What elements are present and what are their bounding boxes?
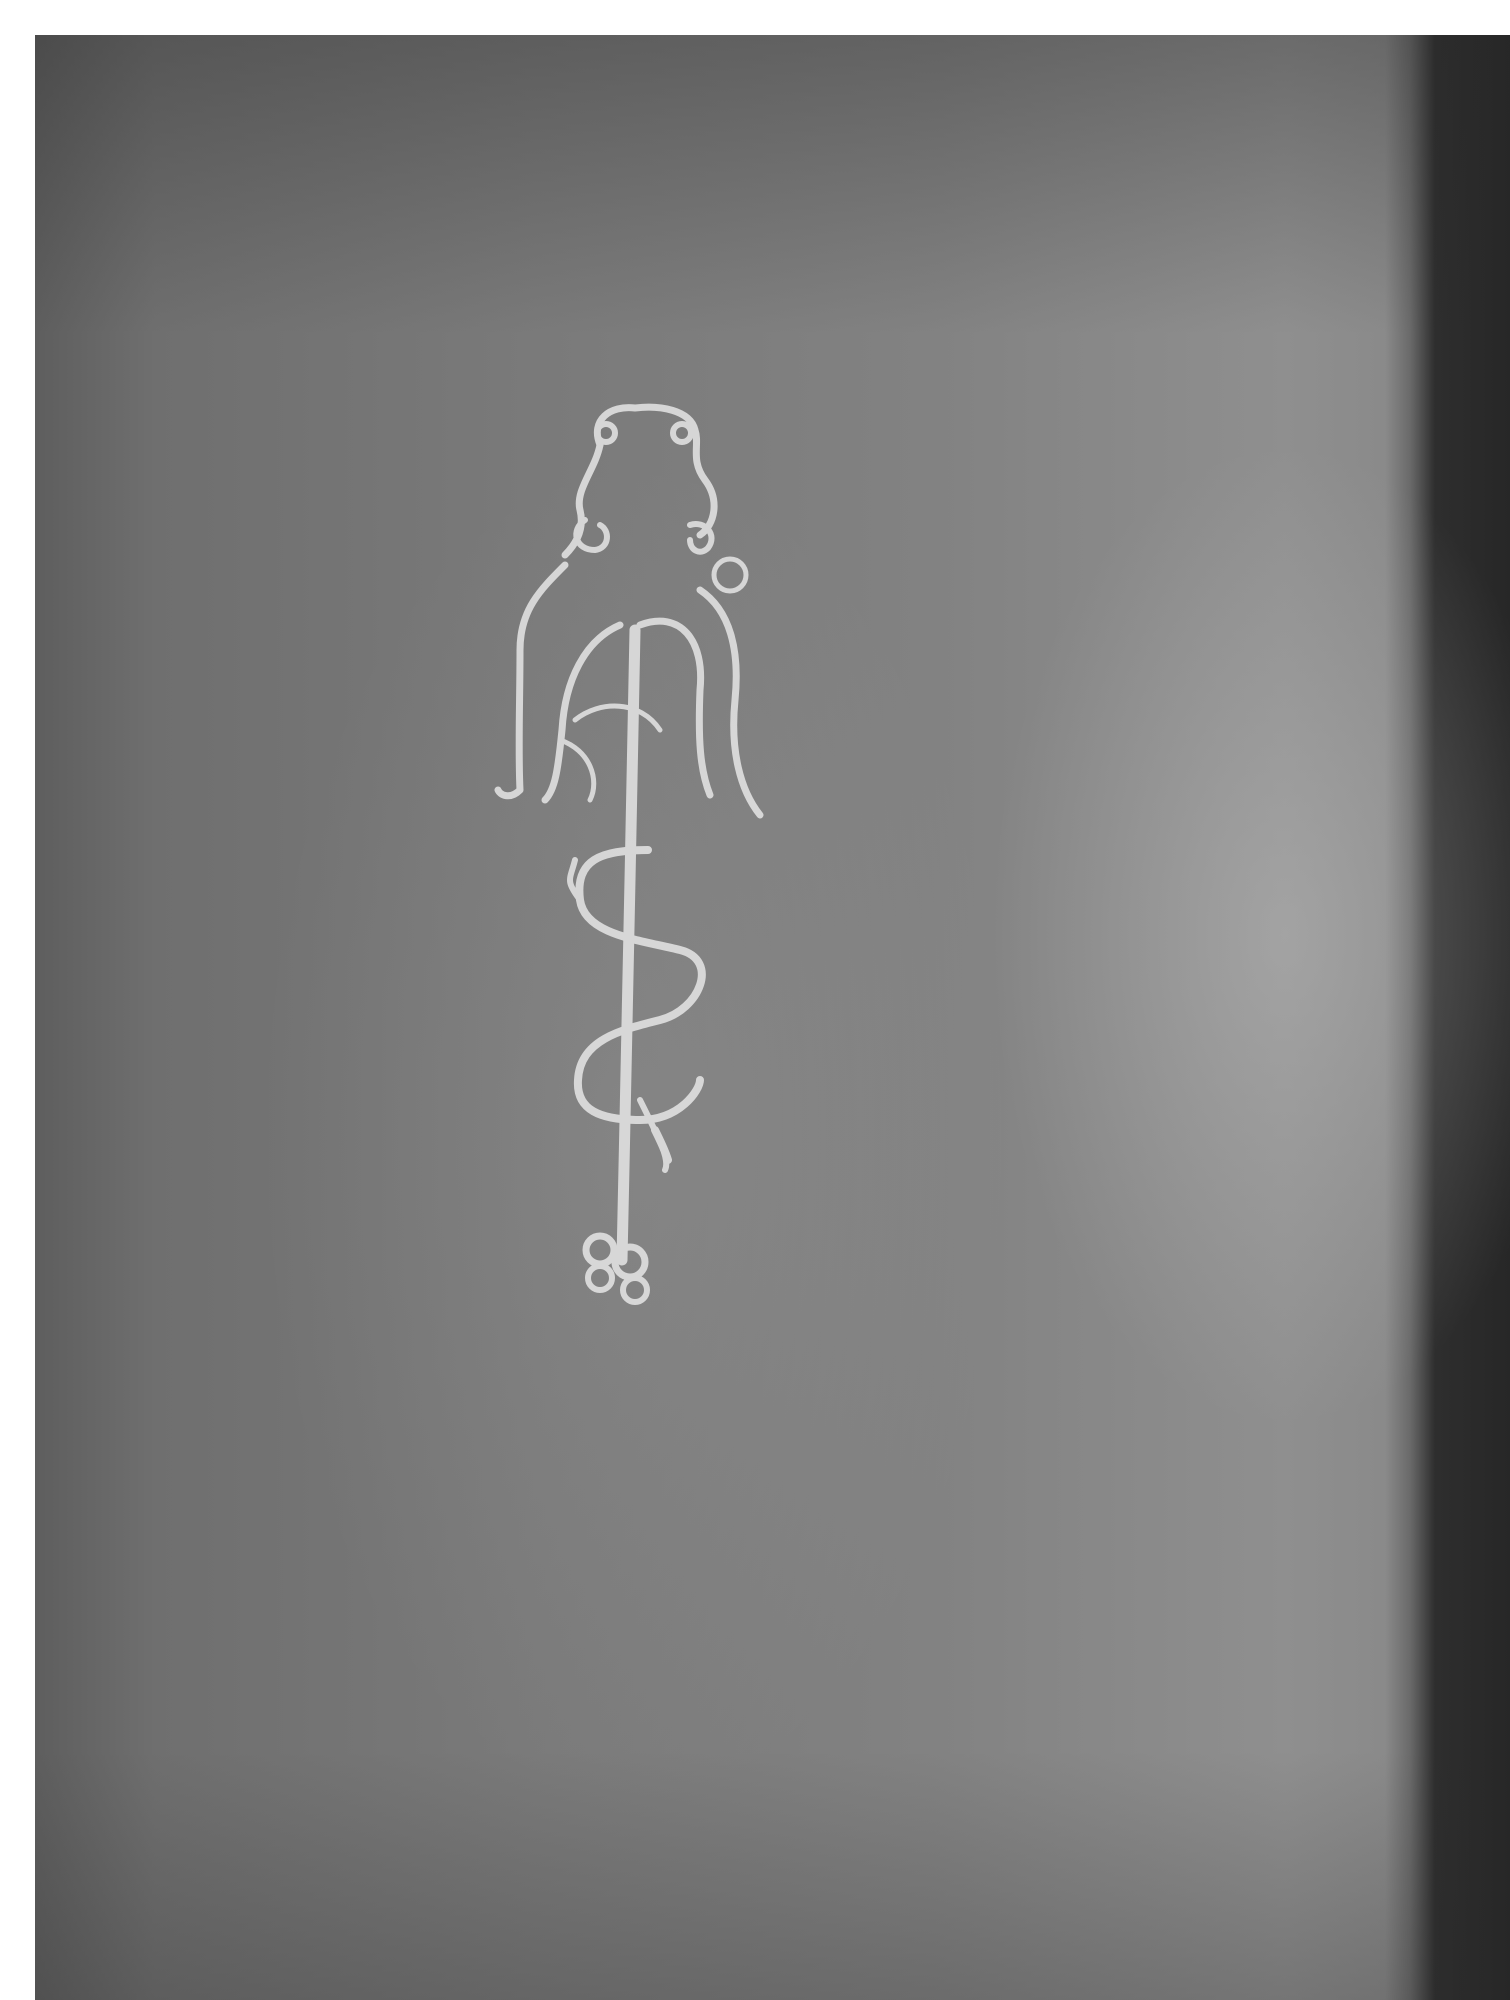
top-ruler-ticks: [0, 0, 1510, 35]
left-ruler: [0, 0, 35, 2000]
scan-shading-top: [35, 35, 1510, 335]
scan-shading-bottom: [35, 1750, 1510, 2000]
top-ruler: [0, 0, 1510, 35]
manuscript-scan: [35, 35, 1510, 2000]
left-ruler-ticks: [0, 0, 35, 2000]
